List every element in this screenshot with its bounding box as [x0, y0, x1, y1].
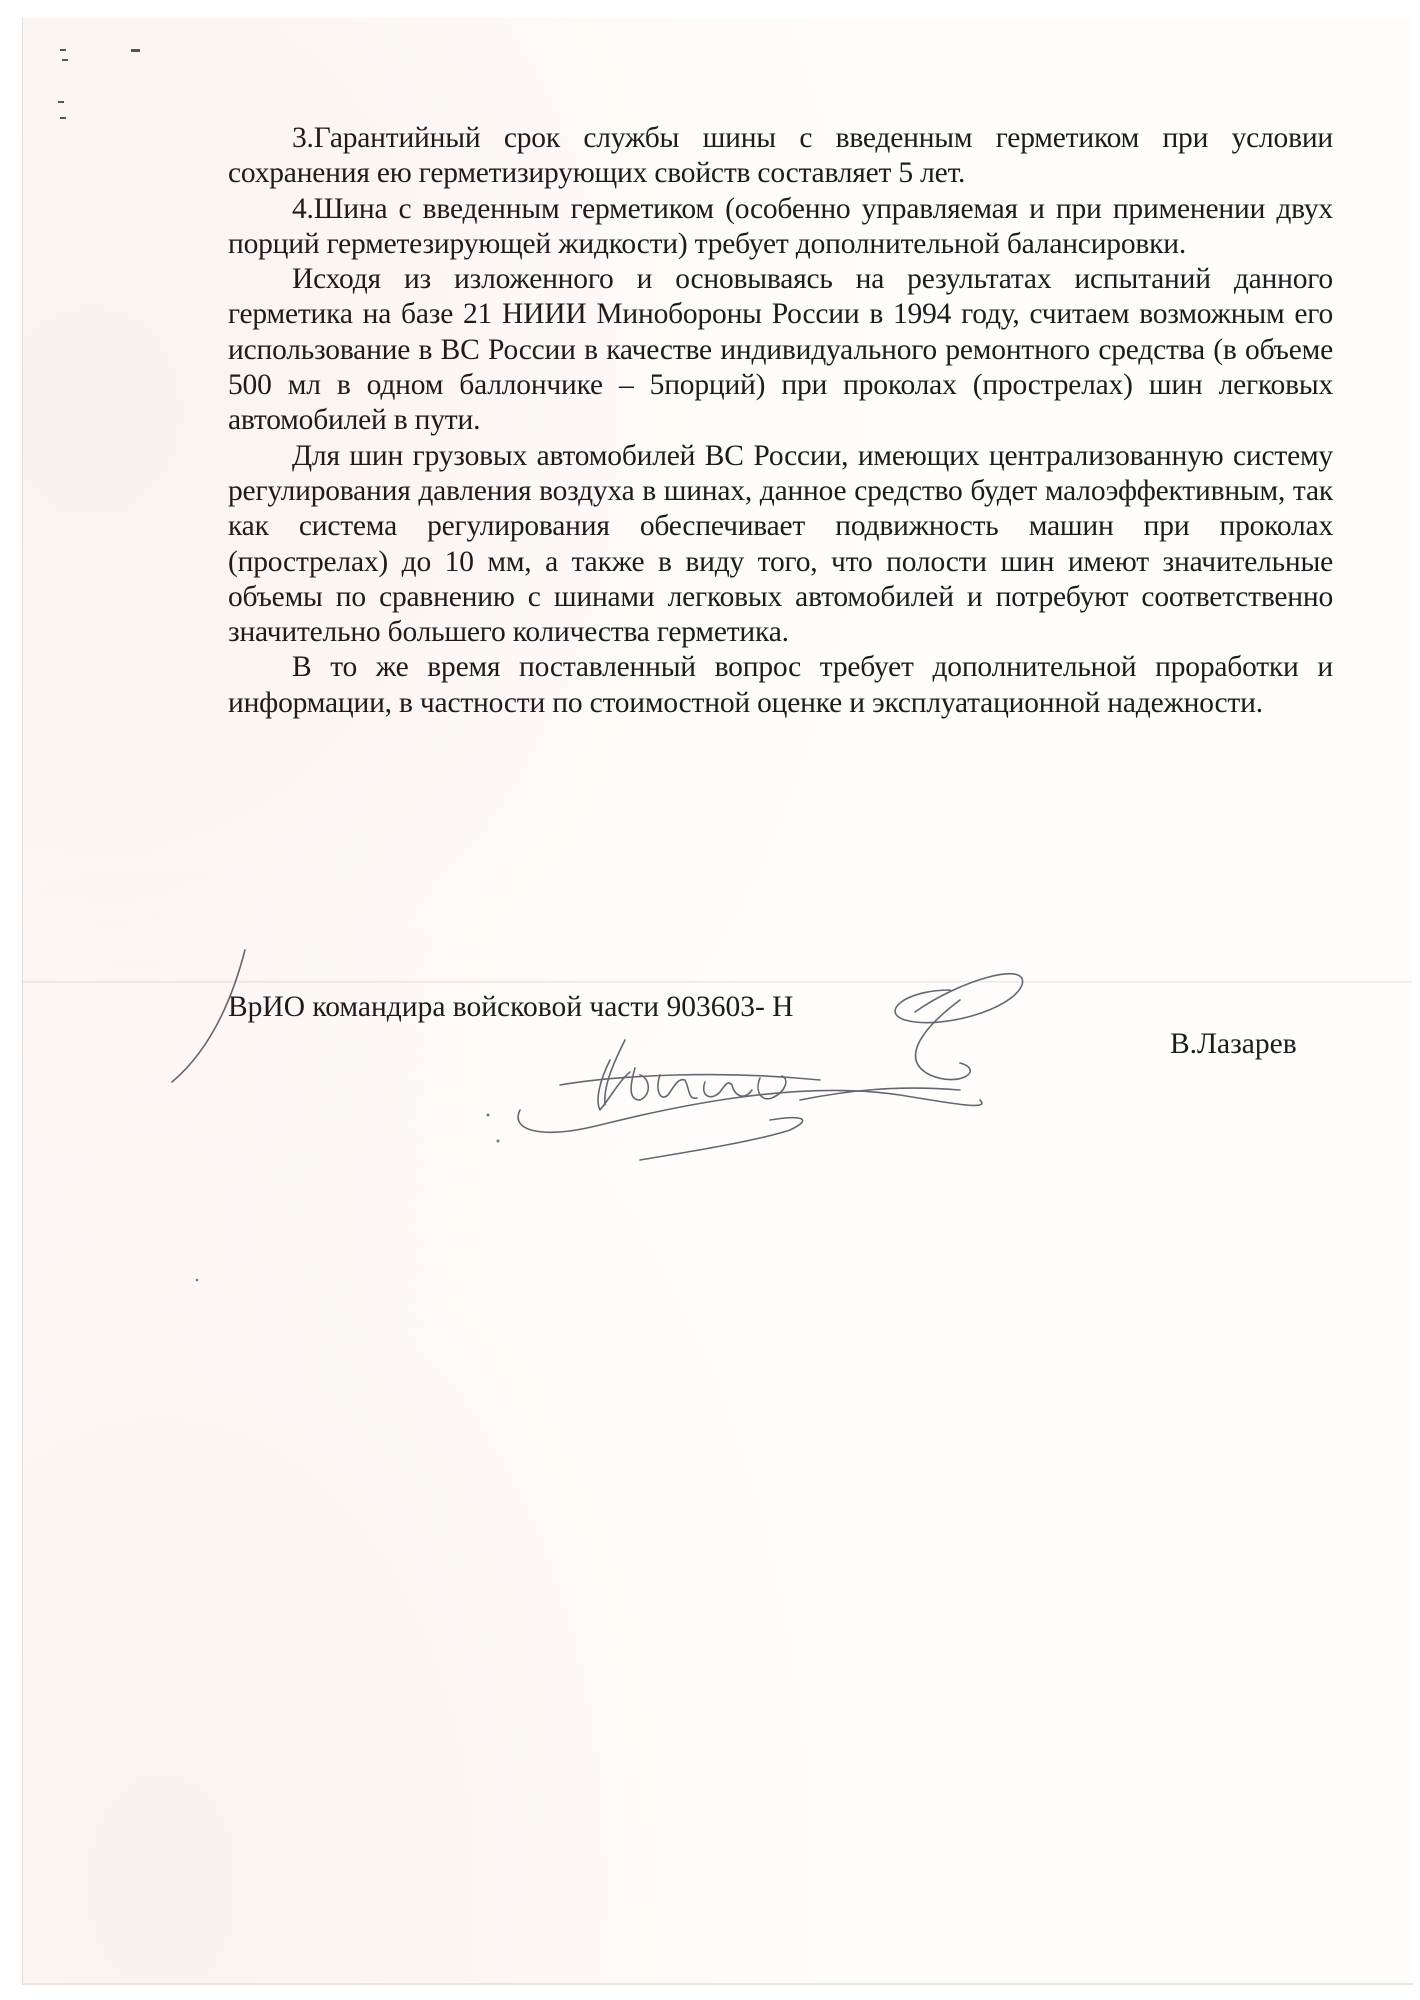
signatory-position: ВрИО командира войсковой части 903603- Н	[228, 990, 793, 1025]
paragraph-balancing: 4.Шина с введенным герметиком (особенно …	[228, 192, 1333, 263]
paragraph-warranty: 3.Гарантийный срок службы шины с введенн…	[228, 121, 1333, 192]
scan-artifacts	[0, 0, 200, 160]
signer-name: В.Лазарев	[1170, 1027, 1297, 1062]
paragraph-conclusion: Исходя из изложенного и основываясь на р…	[228, 262, 1333, 438]
paragraph-further-work: В то же время поставленный вопрос требуе…	[228, 650, 1333, 721]
letter-body: 3.Гарантийный срок службы шины с введенн…	[228, 121, 1333, 721]
paragraph-trucks: Для шин грузовых автомобилей ВС России, …	[228, 439, 1333, 651]
paper-fold-line	[22, 981, 1412, 983]
